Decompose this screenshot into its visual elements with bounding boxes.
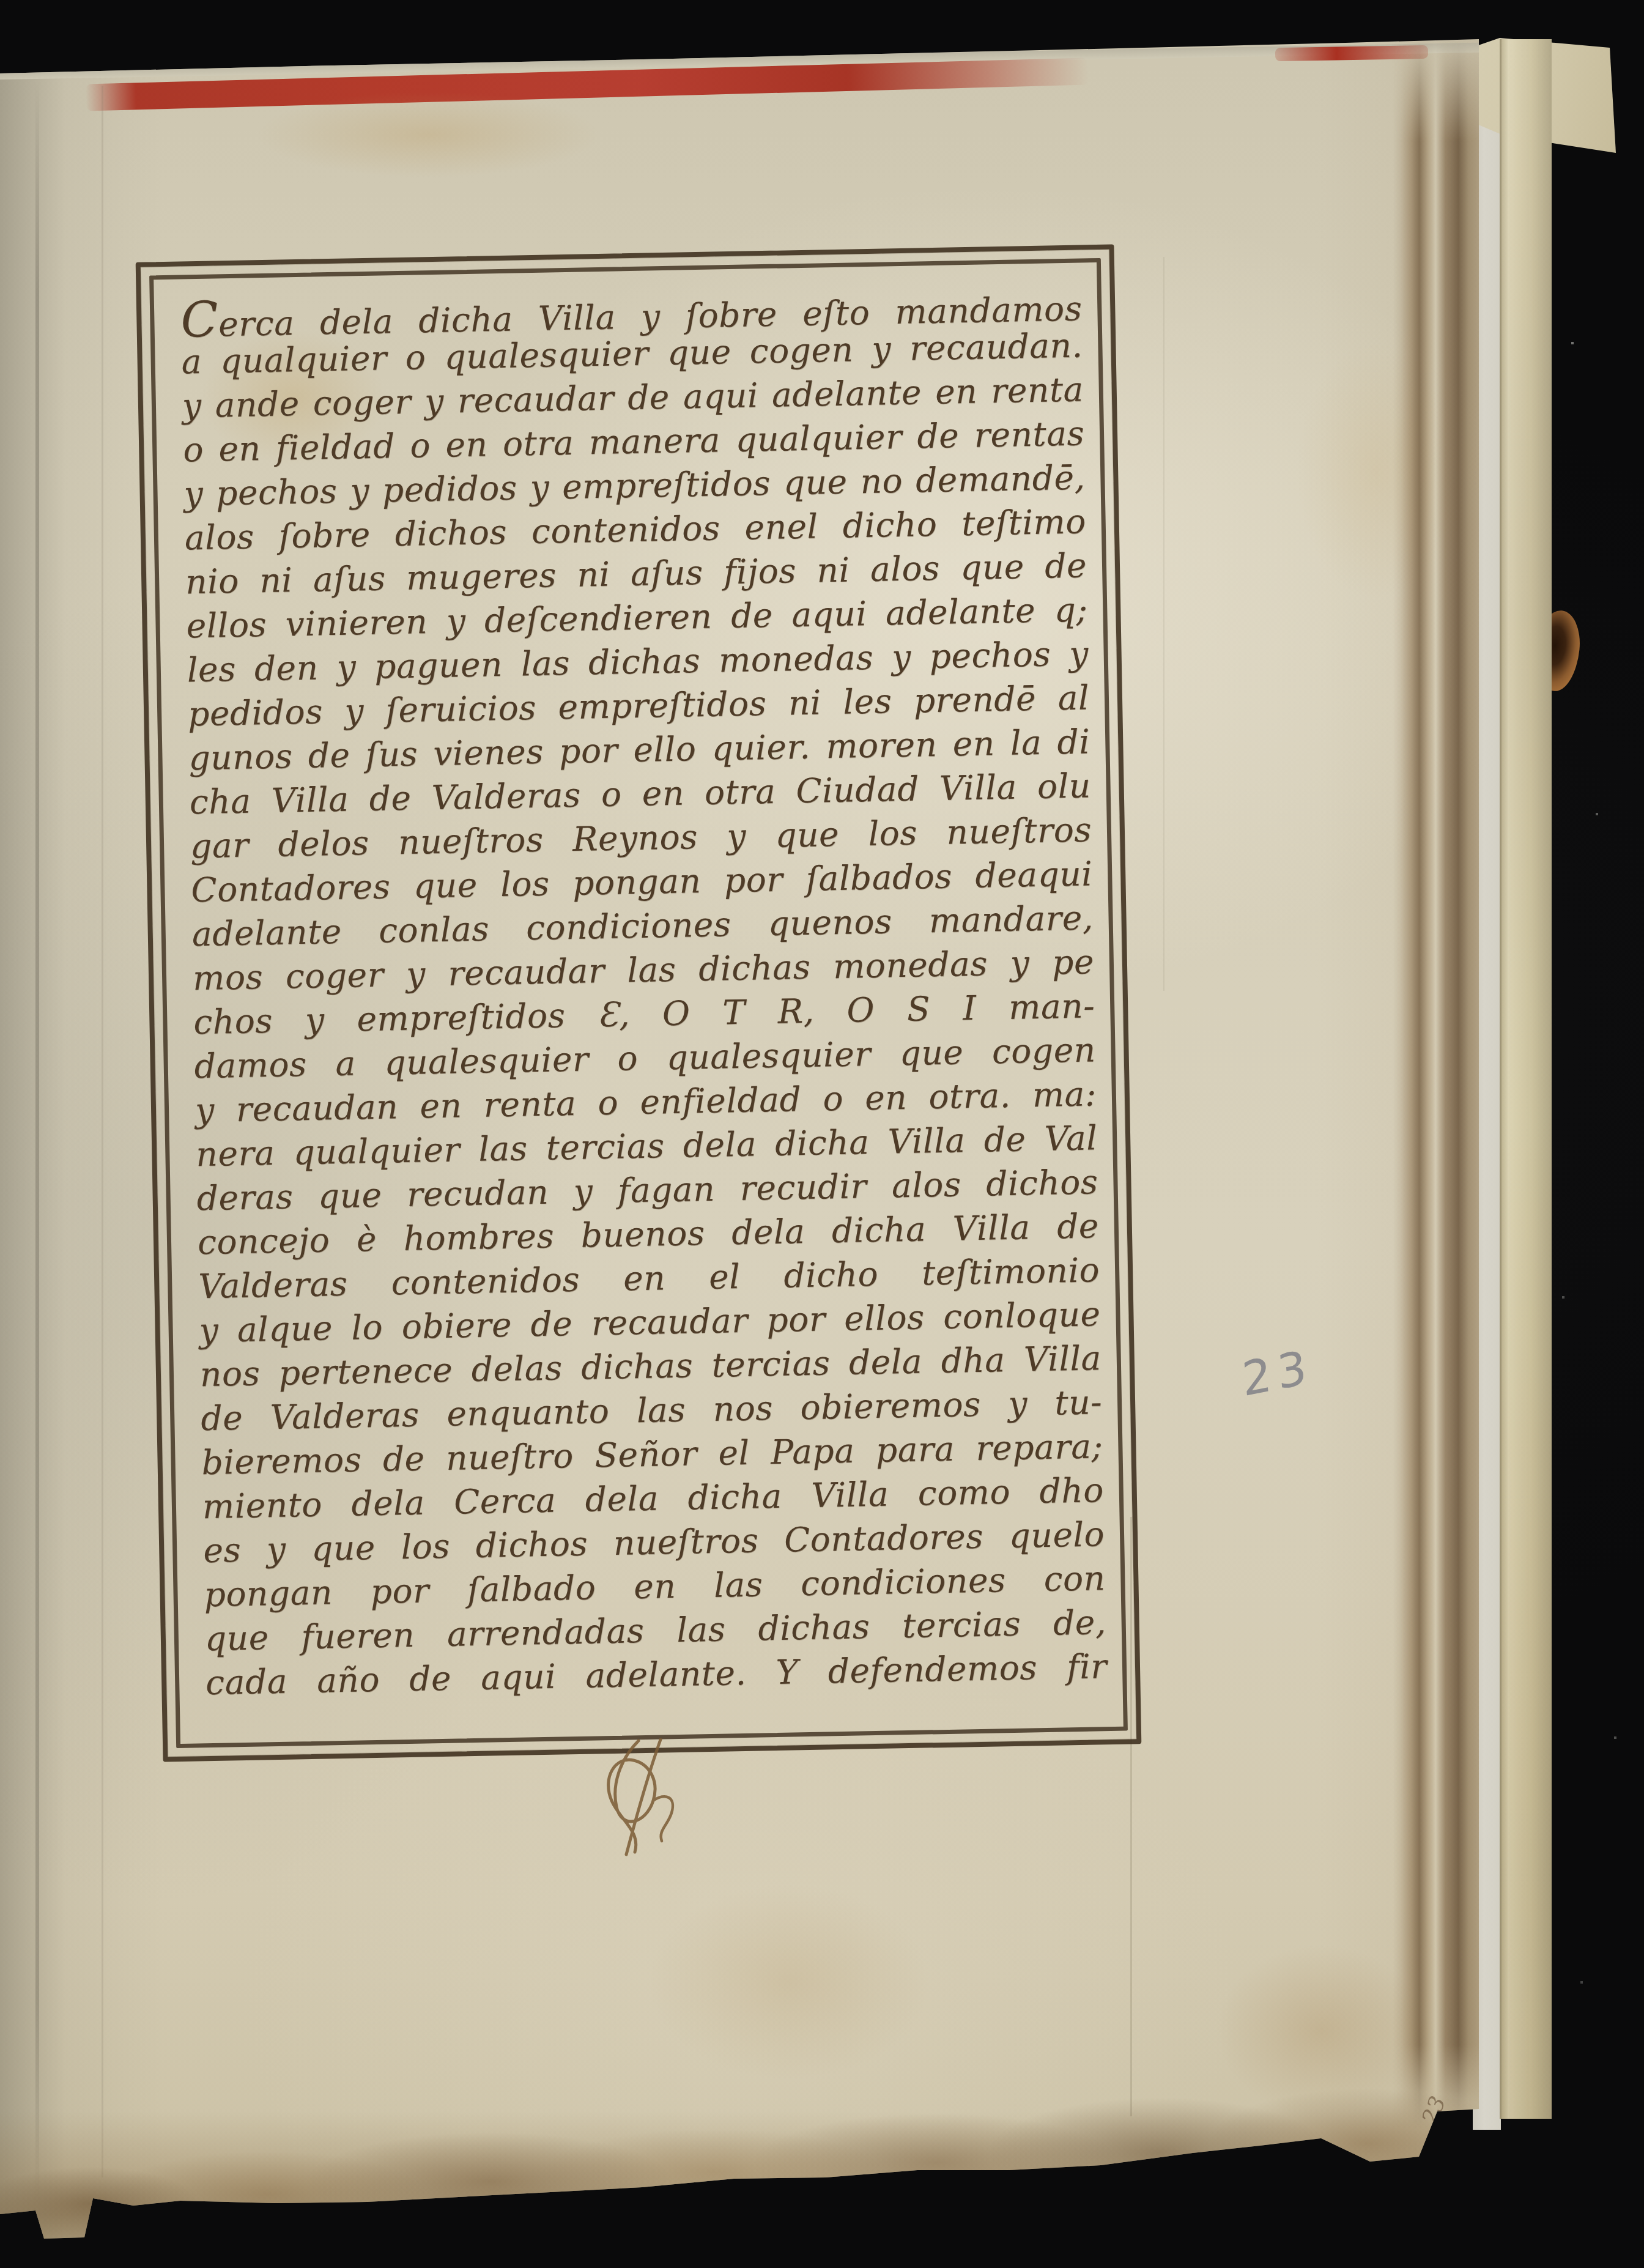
- ruled-text-block: Cerca dela dicha Villa y ſobre eſto mand…: [136, 245, 1142, 1762]
- fore-edge-page-stack: [1393, 37, 1480, 2129]
- dust-specks: [0, 0, 1, 1]
- gutter-shadow-line: [35, 80, 39, 2208]
- manuscript-text: Cerca dela dicha Villa y ſobre eſto mand…: [180, 280, 1108, 1741]
- parchment-page: Cerca dela dicha Villa y ſobre eſto mand…: [0, 0, 1644, 2268]
- manuscript-photograph: Cerca dela dicha Villa y ſobre eſto mand…: [0, 0, 1644, 2268]
- vertical-crease-left: [102, 86, 103, 2177]
- pencil-folio-number: 23: [1240, 1339, 1314, 1407]
- bottom-deckle-staining: [0, 2080, 1486, 2239]
- parchment-stain: [648, 1884, 930, 2080]
- vellum-cover-fore-edge: [1500, 39, 1552, 2119]
- rubric-flourish-icon: [580, 1738, 714, 1873]
- parchment-stain: [257, 92, 599, 177]
- vertical-crease-right-upper: [1163, 257, 1164, 991]
